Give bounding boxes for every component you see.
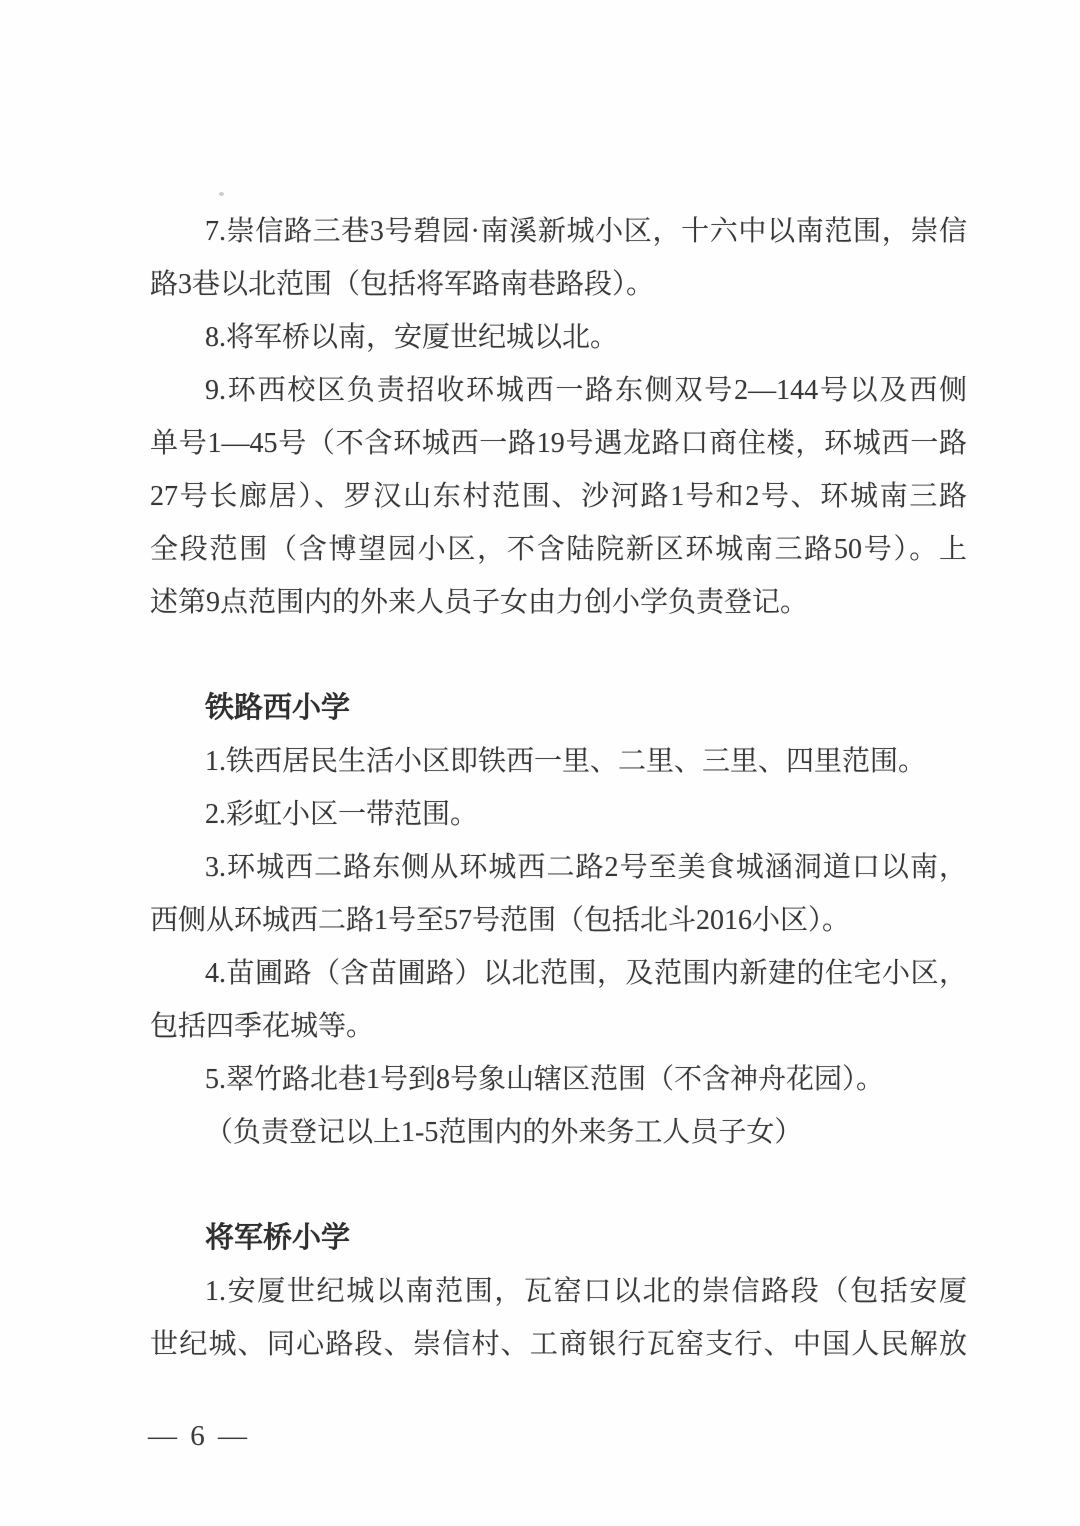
text-line: 包括四季花城等。 <box>150 1000 967 1053</box>
page-number: — 6 — <box>148 1420 250 1452</box>
text-line: 全段范围（含博望园小区，不含陆院新区环城南三路50号）。上 <box>150 523 967 576</box>
text-line: 路3巷以北范围（包括将军路南巷路段）。 <box>150 258 967 311</box>
text-line: 1.铁西居民生活小区即铁西一里、二里、三里、四里范围。 <box>150 735 967 788</box>
blank-line <box>150 629 967 682</box>
text-line: 1.安厦世纪城以南范围，瓦窑口以北的崇信路段（包括安厦 <box>150 1265 967 1318</box>
document-section: 7.崇信路三巷3号碧园·南溪新城小区，十六中以南范围，崇信路3巷以北范围（包括将… <box>150 205 967 629</box>
text-line: 述第9点范围内的外来人员子女由力创小学负责登记。 <box>150 576 967 629</box>
text-line: 4.苗圃路（含苗圃路）以北范围，及范围内新建的住宅小区， <box>150 947 967 1000</box>
text-line: 5.翠竹路北巷1号到8号象山辖区范围（不含神舟花园）。 <box>150 1053 967 1106</box>
text-line: （负责登记以上1-5范围内的外来务工人员子女） <box>150 1106 967 1159</box>
document-body: 7.崇信路三巷3号碧园·南溪新城小区，十六中以南范围，崇信路3巷以北范围（包括将… <box>150 205 967 1371</box>
text-line: 7.崇信路三巷3号碧园·南溪新城小区，十六中以南范围，崇信 <box>150 205 967 258</box>
text-line: 单号1—45号（不含环城西一路19号遇龙路口商住楼，环城西一路 <box>150 417 967 470</box>
text-line: 9.环西校区负责招收环城西一路东侧双号2—144号以及西侧 <box>150 364 967 417</box>
text-line: 2.彩虹小区一带范围。 <box>150 788 967 841</box>
text-line: 西侧从环城西二路1号至57号范围（包括北斗2016小区）。 <box>150 894 967 947</box>
document-section: 铁路西小学1.铁西居民生活小区即铁西一里、二里、三里、四里范围。2.彩虹小区一带… <box>150 629 967 1159</box>
document-section: 将军桥小学1.安厦世纪城以南范围，瓦窑口以北的崇信路段（包括安厦世纪城、同心路段… <box>150 1159 967 1371</box>
blank-line <box>150 1159 967 1212</box>
section-heading: 铁路西小学 <box>150 682 967 735</box>
text-line: 27号长廊居）、罗汉山东村范围、沙河路1号和2号、环城南三路 <box>150 470 967 523</box>
section-heading: 将军桥小学 <box>150 1212 967 1265</box>
scan-artifact-dot <box>219 192 224 196</box>
text-line: 3.环城西二路东侧从环城西二路2号至美食城涵洞道口以南， <box>150 841 967 894</box>
page-footer: — 6 — <box>148 1410 250 1463</box>
document-page: 7.崇信路三巷3号碧园·南溪新城小区，十六中以南范围，崇信路3巷以北范围（包括将… <box>0 0 1080 1526</box>
text-line: 世纪城、同心路段、崇信村、工商银行瓦窑支行、中国人民解放 <box>150 1318 967 1371</box>
text-line: 8.将军桥以南，安厦世纪城以北。 <box>150 311 967 364</box>
